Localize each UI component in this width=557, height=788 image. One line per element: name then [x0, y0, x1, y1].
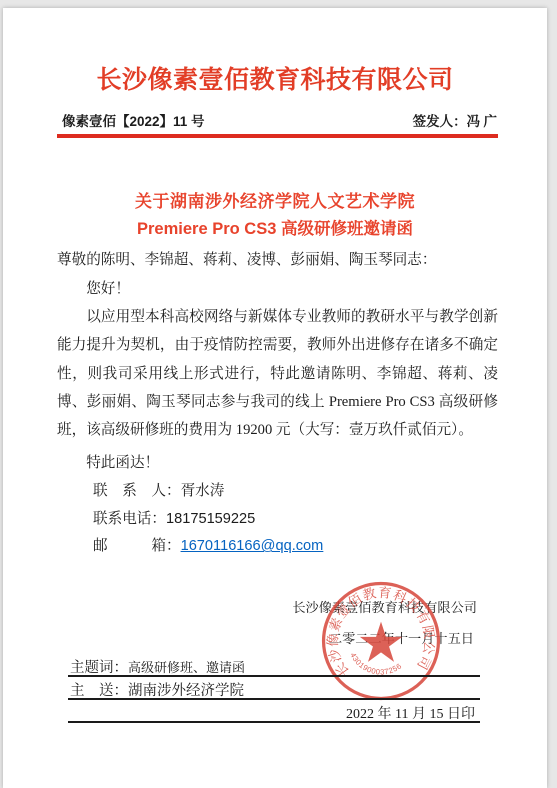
contact-phone-row: 联系电话：18175159225 — [93, 506, 323, 534]
contact-person-row: 联 系 人：胥水涛 — [93, 478, 323, 506]
issuer-name: 签发人：冯 广 — [413, 110, 497, 130]
letterhead-company-title: 长沙像素壹佰教育科技有限公司 — [3, 60, 547, 96]
contact-email-row: 邮 箱：1670116166@qq.com — [93, 533, 323, 561]
contact-phone-label: 联系电话： — [93, 506, 166, 534]
signoff-company: 长沙像素壹佰教育科技有限公司 — [3, 597, 477, 616]
document-viewer-canvas: 长沙像素壹佰教育科技有限公司 像素壹佰【2022】11 号 签发人：冯 广 关于… — [0, 0, 557, 788]
contact-block: 联 系 人：胥水涛 联系电话：18175159225 邮 箱：167011616… — [93, 478, 323, 561]
document-page: 长沙像素壹佰教育科技有限公司 像素壹佰【2022】11 号 签发人：冯 广 关于… — [3, 8, 547, 788]
footer-print-date: 2022 年 11 月 15 日印 — [70, 703, 475, 723]
signoff-date: 二零二二年十一月十五日 — [3, 628, 474, 647]
document-meta-row: 像素壹佰【2022】11 号 签发人：冯 广 — [62, 110, 497, 130]
contact-phone-value: 18175159225 — [166, 511, 255, 527]
salutation: 尊敬的陈明、李锦超、蒋莉、凌博、彭丽娟、陶玉琴同志： — [57, 246, 498, 274]
footer-subject-label: 主题词： — [70, 660, 128, 676]
body-paragraph: 以应用型本科高校网络与新媒体专业教师的教研水平与教学创新能力提升为契机，由于疫情… — [57, 303, 498, 444]
footer-divider-3 — [68, 721, 480, 723]
footer-subject-value: 高级研修班、邀请函 — [128, 660, 245, 675]
contact-email-label: 邮 箱： — [93, 533, 181, 561]
contact-person-value: 胥水涛 — [181, 483, 225, 499]
footer-recipient-value: 湖南涉外经济学院 — [128, 683, 244, 699]
greeting: 您好！ — [57, 275, 498, 303]
contact-email-link[interactable]: 1670116166@qq.com — [181, 538, 324, 554]
document-number: 像素壹佰【2022】11 号 — [62, 110, 205, 130]
closing-phrase: 特此函达！ — [57, 449, 498, 477]
document-title-line2: Premiere Pro CS3 高级研修班邀请函 — [3, 215, 547, 239]
footer-subject-row: 主题词：高级研修班、邀请函 — [70, 656, 480, 677]
contact-person-label: 联 系 人： — [93, 478, 181, 506]
document-title-line1: 关于湖南涉外经济学院人文艺术学院 — [3, 187, 547, 212]
footer-divider-1 — [68, 675, 480, 677]
footer-recipient-label: 主 送： — [70, 683, 128, 699]
letterhead-divider-rule — [57, 134, 498, 138]
footer-divider-2 — [68, 698, 480, 700]
footer-recipient-row: 主 送：湖南涉外经济学院 — [70, 679, 480, 700]
